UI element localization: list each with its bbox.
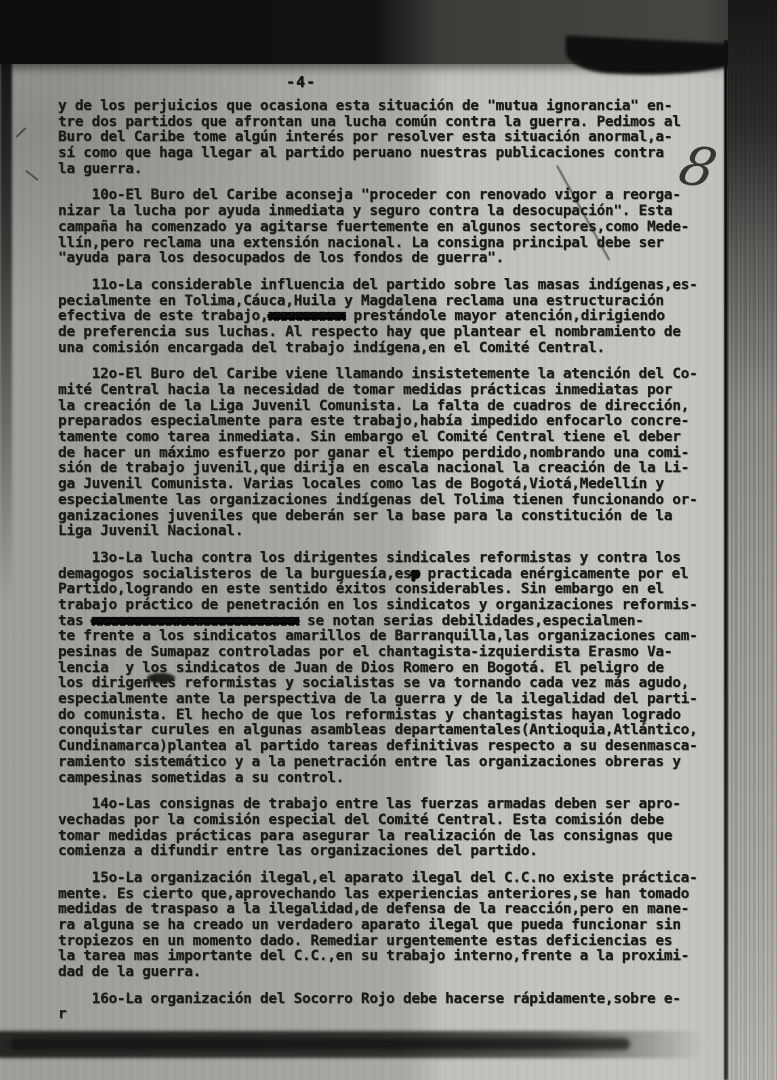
typed-text: y de los perjuicios que ocasiona esta si… bbox=[58, 98, 672, 114]
redacted-text: p bbox=[411, 566, 419, 582]
text-line: mité Central hacia la necesidad de tomar… bbox=[58, 383, 738, 399]
typed-text: tropiezos en un momento dado. Remediar u… bbox=[58, 933, 672, 949]
typed-text: campaña ha comenzado ya agitarse fuertem… bbox=[58, 219, 689, 235]
item-11: 11o-La considerable influencia del parti… bbox=[58, 278, 738, 356]
text-line: Liga Juvenil Nacional. bbox=[58, 524, 738, 540]
typed-text: de preferencia sus luchas. Al respecto h… bbox=[58, 324, 681, 340]
typed-text: te frente a los sindicatos amarillos de … bbox=[58, 628, 697, 644]
typed-text: dad de la guerra. bbox=[58, 964, 201, 980]
text-line: los dirigentes reformistas y socialistas… bbox=[58, 676, 738, 692]
text-line: medidas de traspaso a la ilegalidad,de d… bbox=[58, 902, 738, 918]
item-12: 12o-El Buro del Caribe viene llamando in… bbox=[58, 367, 738, 540]
typed-text: tomar medidas prácticas para asegurar la… bbox=[58, 828, 672, 844]
text-line: trabajo práctico de penetración en los s… bbox=[58, 598, 738, 614]
text-line: una comisión encargada del trabajo indíg… bbox=[58, 341, 738, 357]
text-line: pecialmente en Tolima,Cáuca,Huila y Magd… bbox=[58, 294, 738, 310]
typed-text: 13o-La lucha contra los dirigentes sindi… bbox=[58, 550, 681, 566]
typed-text: especialmente ante la perspectiva de la … bbox=[58, 691, 697, 707]
text-line: mente. Es cierto que,aprovechando las ex… bbox=[58, 887, 738, 903]
typed-text: tamente como tarea inmediata. Sin embarg… bbox=[58, 429, 681, 445]
page-number: -4- bbox=[286, 73, 316, 91]
text-line: dad de la guerra. bbox=[58, 965, 738, 981]
typed-text: ganizaciones juveniles que deberán ser l… bbox=[58, 508, 672, 524]
typed-text: una comisión encargada del trabajo indíg… bbox=[58, 340, 605, 356]
typed-text: Cundinamarca)plantea al partido tareas d… bbox=[58, 738, 697, 754]
text-line: sí como que haga llegar al partido perua… bbox=[58, 146, 738, 162]
typed-text: 11o-La considerable influencia del parti… bbox=[58, 277, 697, 293]
typed-text: sí como que haga llegar al partido perua… bbox=[58, 145, 664, 161]
typed-text: tas bbox=[58, 613, 92, 629]
text-line: ga Juvenil Comunista. Varias locales com… bbox=[58, 477, 738, 493]
typed-text: 12o-El Buro del Caribe viene llamando in… bbox=[58, 366, 697, 382]
typed-text: especialmente las organizaciones indígen… bbox=[58, 492, 697, 508]
text-line: Buro del Caribe tome algún interés por r… bbox=[58, 130, 738, 146]
typed-text: los dirigentes reformistas y socialistas… bbox=[58, 675, 689, 691]
text-line: 15o-La organización ilegal,el aparato il… bbox=[58, 871, 738, 887]
text-line: "ayuda para los desocupados de los fondo… bbox=[58, 251, 738, 267]
typed-text: demagogos socialisteros de la burguesía,… bbox=[58, 566, 411, 582]
redacted-text: xxxxxxxxxx bbox=[268, 308, 345, 324]
text-line: te frente a los sindicatos amarillos de … bbox=[58, 629, 738, 645]
text-line: la tarea mas importante del C.C.,en su t… bbox=[58, 949, 738, 965]
text-line: tas xxxxxxxxxxxxxxxxxxxxxxxxxxx se notan… bbox=[58, 614, 738, 630]
text-line: llín,pero reclama una extensión nacional… bbox=[58, 236, 738, 252]
redacted-text: xxxxxxxxxxxxxxxxxxxxxxxxxxx bbox=[92, 613, 299, 629]
typed-text: ga Juvenil Comunista. Varias locales com… bbox=[58, 476, 664, 492]
typed-text: medidas de traspaso a la ilegalidad,de d… bbox=[58, 901, 689, 917]
typed-text: 10o-El Buro del Caribe aconseja "procede… bbox=[58, 187, 681, 203]
typed-text: vechadas por la comisión especial del Co… bbox=[58, 812, 664, 828]
text-line: preparados especialmente para este traba… bbox=[58, 414, 738, 430]
typed-text: campesinas sometidas a su control. bbox=[58, 770, 344, 786]
typed-text: r bbox=[58, 1006, 66, 1022]
text-line: vechadas por la comisión especial del Co… bbox=[58, 813, 738, 829]
typed-text: 16o-La organización del Socorro Rojo deb… bbox=[58, 991, 681, 1007]
typed-text: lencia y los sindicatos de Juan de Dios … bbox=[58, 660, 664, 676]
text-line: demagogos socialisteros de la burguesía,… bbox=[58, 567, 738, 583]
item-14: 14o-Las consignas de trabajo entre las f… bbox=[58, 797, 738, 860]
text-line: 16o-La organización del Socorro Rojo deb… bbox=[58, 992, 738, 1008]
item-10: 10o-El Buro del Caribe aconseja "procede… bbox=[58, 188, 738, 266]
typed-text: trabajo práctico de penetración en los s… bbox=[58, 597, 697, 613]
typed-text: practicada enérgicamente por el bbox=[419, 566, 688, 582]
text-line: especialmente ante la perspectiva de la … bbox=[58, 692, 738, 708]
text-line: 11o-La considerable influencia del parti… bbox=[58, 278, 738, 294]
text-line: la guerra. bbox=[58, 162, 738, 178]
typed-text: nizar la lucha por ayuda inmediata y seg… bbox=[58, 203, 672, 219]
text-line: tamente como tarea inmediata. Sin embarg… bbox=[58, 430, 738, 446]
text-line: Partido,logrando en este sentido éxitos … bbox=[58, 582, 738, 598]
text-line: campaña ha comenzado ya agitarse fuertem… bbox=[58, 220, 738, 236]
text-line: Cundinamarca)plantea al partido tareas d… bbox=[58, 739, 738, 755]
text-line: y de los perjuicios que ocasiona esta si… bbox=[58, 99, 738, 115]
typed-text: la creación de la Liga Juvenil Comunista… bbox=[58, 398, 689, 414]
document-body: y de los perjuicios que ocasiona esta si… bbox=[58, 99, 738, 1034]
typed-text: mité Central hacia la necesidad de tomar… bbox=[58, 382, 672, 398]
typed-text: "ayuda para los desocupados de los fondo… bbox=[58, 250, 504, 266]
typed-text: ramiento sistemático y a la penetración … bbox=[58, 754, 681, 770]
typed-text: sión de trabajo juvenil,que dirija en es… bbox=[58, 460, 689, 476]
typed-text: do comunista. El hecho de que los reform… bbox=[58, 707, 681, 723]
typed-text: la guerra. bbox=[58, 161, 142, 177]
typed-text: tre dos partidos que afrontan una lucha … bbox=[58, 114, 681, 130]
typed-text: mente. Es cierto que,aprovechando las ex… bbox=[58, 886, 689, 902]
typed-text: Partido,logrando en este sentido éxitos … bbox=[58, 581, 664, 597]
typed-text: llín,pero reclama una extensión nacional… bbox=[58, 235, 664, 251]
text-line: especialmente las organizaciones indígen… bbox=[58, 493, 738, 509]
typed-text: se notan serias debilidades,especialmen- bbox=[299, 613, 644, 629]
scanned-document-page: -4- y de los perjuicios que ocasiona est… bbox=[0, 0, 777, 1080]
text-line: 13o-La lucha contra los dirigentes sindi… bbox=[58, 551, 738, 567]
typed-text: preparados especialmente para este traba… bbox=[58, 413, 689, 429]
typed-text: 14o-Las consignas de trabajo entre las f… bbox=[58, 796, 681, 812]
typed-text: ra alguna se ha creado un verdadero apar… bbox=[58, 917, 681, 933]
text-line: comienza a difundir entre las organizaci… bbox=[58, 844, 738, 860]
typed-text: comienza a difundir entre las organizaci… bbox=[58, 843, 538, 859]
pen-tick-mark bbox=[16, 127, 27, 137]
text-line: r bbox=[58, 1007, 738, 1023]
text-line: 14o-Las consignas de trabajo entre las f… bbox=[58, 797, 738, 813]
typed-text: de hacer un máximo esfuerzo por ganar el… bbox=[58, 445, 689, 461]
text-line: tomar medidas prácticas para asegurar la… bbox=[58, 829, 738, 845]
typed-text: efectiva de este trabajo, bbox=[58, 308, 268, 324]
text-line: ramiento sistemático y a la penetración … bbox=[58, 755, 738, 771]
text-line: pesinas de Sumapaz controladas por el ch… bbox=[58, 645, 738, 661]
text-line: nizar la lucha por ayuda inmediata y seg… bbox=[58, 204, 738, 220]
text-line: efectiva de este trabajo,xxxxxxxxxx pres… bbox=[58, 309, 738, 325]
typed-text: conquistar curules en algunas asambleas … bbox=[58, 722, 697, 738]
typed-text: prestándole mayor atención,dirigiendo bbox=[345, 308, 665, 324]
text-line: sión de trabajo juvenil,que dirija en es… bbox=[58, 461, 738, 477]
typed-text: 15o-La organización ilegal,el aparato il… bbox=[58, 870, 697, 886]
text-line: conquistar curules en algunas asambleas … bbox=[58, 723, 738, 739]
item-13: 13o-La lucha contra los dirigentes sindi… bbox=[58, 551, 738, 786]
text-line: ganizaciones juveniles que deberán ser l… bbox=[58, 509, 738, 525]
text-line: ra alguna se ha creado un verdadero apar… bbox=[58, 918, 738, 934]
scan-artifact-bottom-band-core bbox=[10, 1038, 630, 1050]
typed-text: pecialmente en Tolima,Cáuca,Huila y Magd… bbox=[58, 293, 664, 309]
text-line: 12o-El Buro del Caribe viene llamando in… bbox=[58, 367, 738, 383]
item-15: 15o-La organización ilegal,el aparato il… bbox=[58, 871, 738, 981]
scan-artifact-left-strip bbox=[0, 58, 12, 598]
pen-tick-mark bbox=[25, 170, 38, 181]
typed-text: la tarea mas importante del C.C.,en su t… bbox=[58, 948, 689, 964]
text-line: 10o-El Buro del Caribe aconseja "procede… bbox=[58, 188, 738, 204]
text-line: de preferencia sus luchas. Al respecto h… bbox=[58, 325, 738, 341]
typed-text: pesinas de Sumapaz controladas por el ch… bbox=[58, 644, 672, 660]
text-line: campesinas sometidas a su control. bbox=[58, 771, 738, 787]
item-16: 16o-La organización del Socorro Rojo deb… bbox=[58, 992, 738, 1023]
intro-continuation: y de los perjuicios que ocasiona esta si… bbox=[58, 99, 738, 177]
typed-text: Buro del Caribe tome algún interés por r… bbox=[58, 129, 672, 145]
typed-text: Liga Juvenil Nacional. bbox=[58, 523, 243, 539]
